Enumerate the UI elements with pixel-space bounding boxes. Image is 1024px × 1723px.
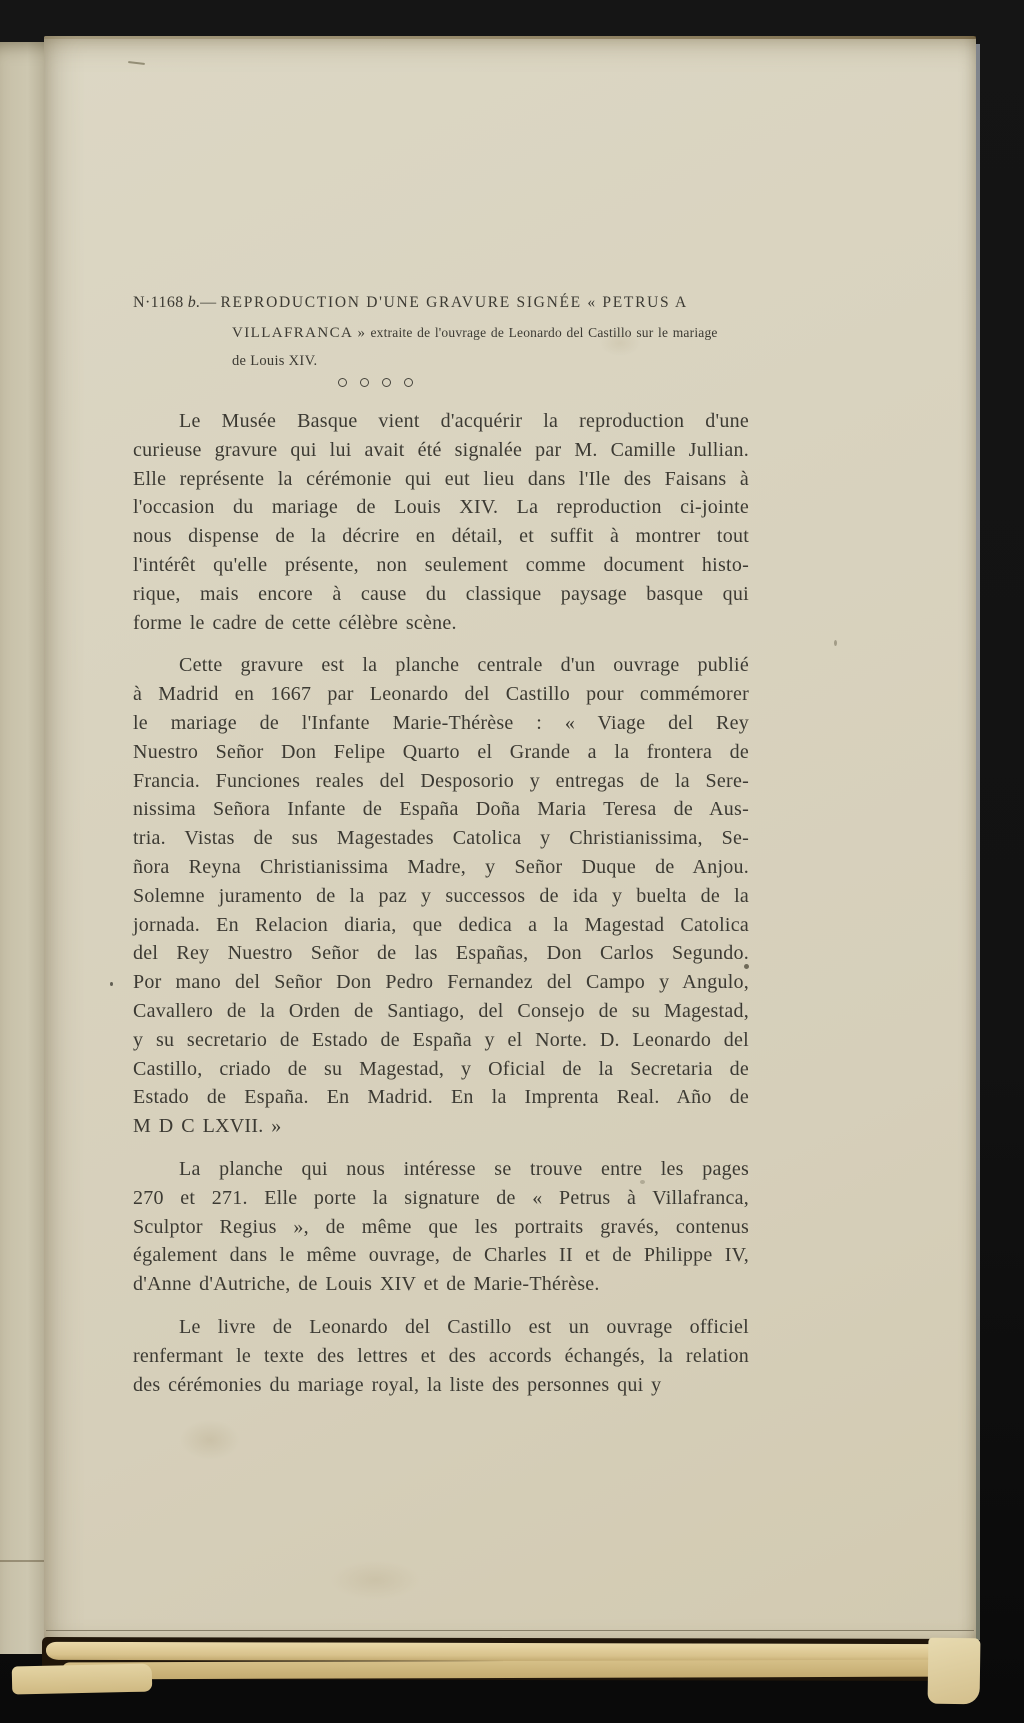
item-number-suffix: b [188, 294, 196, 311]
page-bottom-crease [46, 1630, 974, 1631]
text-line: renfermant le texte des lettres et des a… [133, 1342, 749, 1371]
ornament-separator [133, 378, 749, 387]
deckled-page-edge [928, 1638, 981, 1705]
text-line: La planche qui nous intéresse se trouve … [133, 1155, 749, 1184]
heading-line-1: N·1168 b.— REPRODUCTION D'UNE GRAVURE SI… [133, 292, 749, 314]
heading-caps: VILLAFRANCA » [232, 325, 366, 341]
text-line: à Madrid en 1667 par Leonardo del Castil… [133, 680, 749, 709]
text-line: tria. Vistas de sus Magestades Catolica … [133, 824, 749, 853]
text-line: Estado de España. En Madrid. En la Impre… [133, 1083, 749, 1112]
page-top-edge [44, 36, 976, 39]
text-line: nissima Señora Infante de España Doña Ma… [133, 795, 749, 824]
paper-stain [180, 1420, 240, 1460]
paragraph-1: Le Musée Basque vient d'acquérir la repr… [133, 407, 749, 637]
text-line: forme le cadre de cette célèbre scène. [133, 609, 749, 638]
text-line: M D C LXVII. » [133, 1112, 749, 1141]
deckled-page-edge [62, 1660, 952, 1680]
text-line: l'intérêt qu'elle présente, non seulemen… [133, 551, 749, 580]
text-line: nous dispense de la décrire en détail, e… [133, 522, 749, 551]
text-line: 270 et 271. Elle porte la signature de «… [133, 1184, 749, 1213]
paragraph-3: La planche qui nous intéresse se trouve … [133, 1155, 749, 1299]
text-line: Cavallero de la Orden de Santiago, del C… [133, 997, 749, 1026]
text-line: rique, mais encore à cause du classique … [133, 580, 749, 609]
text-line: également dans le même ouvrage, de Charl… [133, 1241, 749, 1270]
paper-stain [330, 1560, 420, 1600]
text-line: Francia. Funciones reales del Desposorio… [133, 767, 749, 796]
text-line: Le Musée Basque vient d'acquérir la repr… [133, 407, 749, 436]
text-line: d'Anne d'Autriche, de Louis XIV et de Ma… [133, 1270, 749, 1299]
text-line: des cérémonies du mariage royal, la list… [133, 1371, 749, 1400]
heading-line-2: VILLAFRANCA » extraite de l'ouvrage de L… [133, 322, 749, 344]
heading-line-3: de Louis XIV. [133, 350, 749, 372]
paragraph-4: Le livre de Leonardo del Castillo est un… [133, 1313, 749, 1399]
ornament-circle [382, 378, 391, 387]
item-number-dash: .— [196, 294, 217, 311]
ornament-circle [360, 378, 369, 387]
heading-subtitle: extraite de l'ouvrage de Leonardo del Ca… [370, 325, 717, 340]
paragraph-2: Cette gravure est la planche centrale d'… [133, 651, 749, 1141]
scanned-page-photo: N·1168 b.— REPRODUCTION D'UNE GRAVURE SI… [0, 0, 1024, 1723]
paper-stain [834, 640, 837, 646]
text-line: Cette gravure est la planche centrale d'… [133, 651, 749, 680]
ornament-circle [338, 378, 347, 387]
page-right-edge [976, 44, 980, 1640]
text-line: jornada. En Relacion diaria, que dedica … [133, 911, 749, 940]
text-line: curieuse gravure qui lui avait été signa… [133, 436, 749, 465]
underlying-page-edge [0, 42, 50, 1654]
text-line: Nuestro Señor Don Felipe Quarto el Grand… [133, 738, 749, 767]
paragraphs: Le Musée Basque vient d'acquérir la repr… [133, 407, 749, 1399]
text-line: Castillo, criado de su Magestad, y Ofici… [133, 1055, 749, 1084]
ornament-circle [404, 378, 413, 387]
heading-caps: REPRODUCTION D'UNE GRAVURE SIGNÉE « PETR… [221, 294, 688, 311]
text-line: del Rey Nuestro Señor de las Españas, Do… [133, 939, 749, 968]
underlying-page-seam [0, 1560, 50, 1562]
text-column: N·1168 b.— REPRODUCTION D'UNE GRAVURE SI… [133, 292, 749, 1399]
paper-stain [110, 982, 113, 986]
deckled-page-edge [12, 1664, 153, 1695]
text-line: Sculptor Regius », de même que les portr… [133, 1213, 749, 1242]
text-line: l'occasion du mariage de Louis XIV. La r… [133, 493, 749, 522]
text-line: le mariage de l'Infante Marie-Thérèse : … [133, 709, 749, 738]
text-line: Por mano del Señor Don Pedro Fernandez d… [133, 968, 749, 997]
item-number: N·1168 [133, 294, 184, 311]
text-line: Elle représente la cérémonie qui eut lie… [133, 465, 749, 494]
text-line: Solemne juramento de la paz y successos … [133, 882, 749, 911]
text-line: Le livre de Leonardo del Castillo est un… [133, 1313, 749, 1342]
text-line: y su secretario de Estado de España y el… [133, 1026, 749, 1055]
text-line: ñora Reyna Christianissima Madre, y Seño… [133, 853, 749, 882]
